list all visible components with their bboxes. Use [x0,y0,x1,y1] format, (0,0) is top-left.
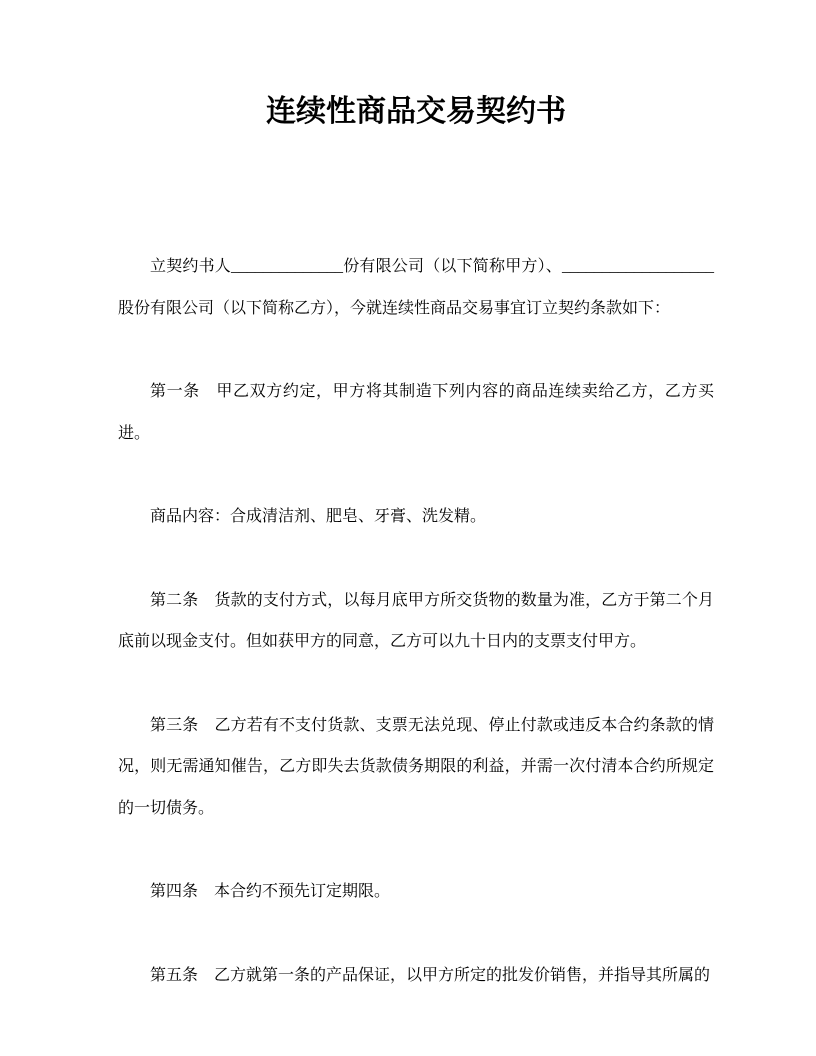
document-page: 连续性商品交易契约书 立契约书人______________份有限公司（以下简称… [0,0,816,1056]
clause-3: 第三条 乙方若有不支付货款、支票无法兑现、停止付款或违反本合约条款的情况，则无需… [118,705,714,830]
clause-2: 第二条 货款的支付方式，以每月底甲方所交货物的数量为准，乙方于第二个月底前以现金… [118,580,714,663]
page-title: 连续性商品交易契约书 [118,93,714,131]
document-body: 立契约书人______________份有限公司（以下简称甲方）、_______… [118,246,714,996]
product-content: 商品内容：合成清洁剂、肥皂、牙膏、洗发精。 [118,496,714,538]
clause-4: 第四条 本合约不预先订定期限。 [118,871,714,913]
clause-1: 第一条 甲乙双方约定，甲方将其制造下列内容的商品连续卖给乙方，乙方买进。 [118,371,714,454]
clause-5: 第五条 乙方就第一条的产品保证，以甲方所定的批发价销售，并指导其所属的 [118,955,714,997]
intro-paragraph: 立契约书人______________份有限公司（以下简称甲方）、_______… [118,246,714,329]
